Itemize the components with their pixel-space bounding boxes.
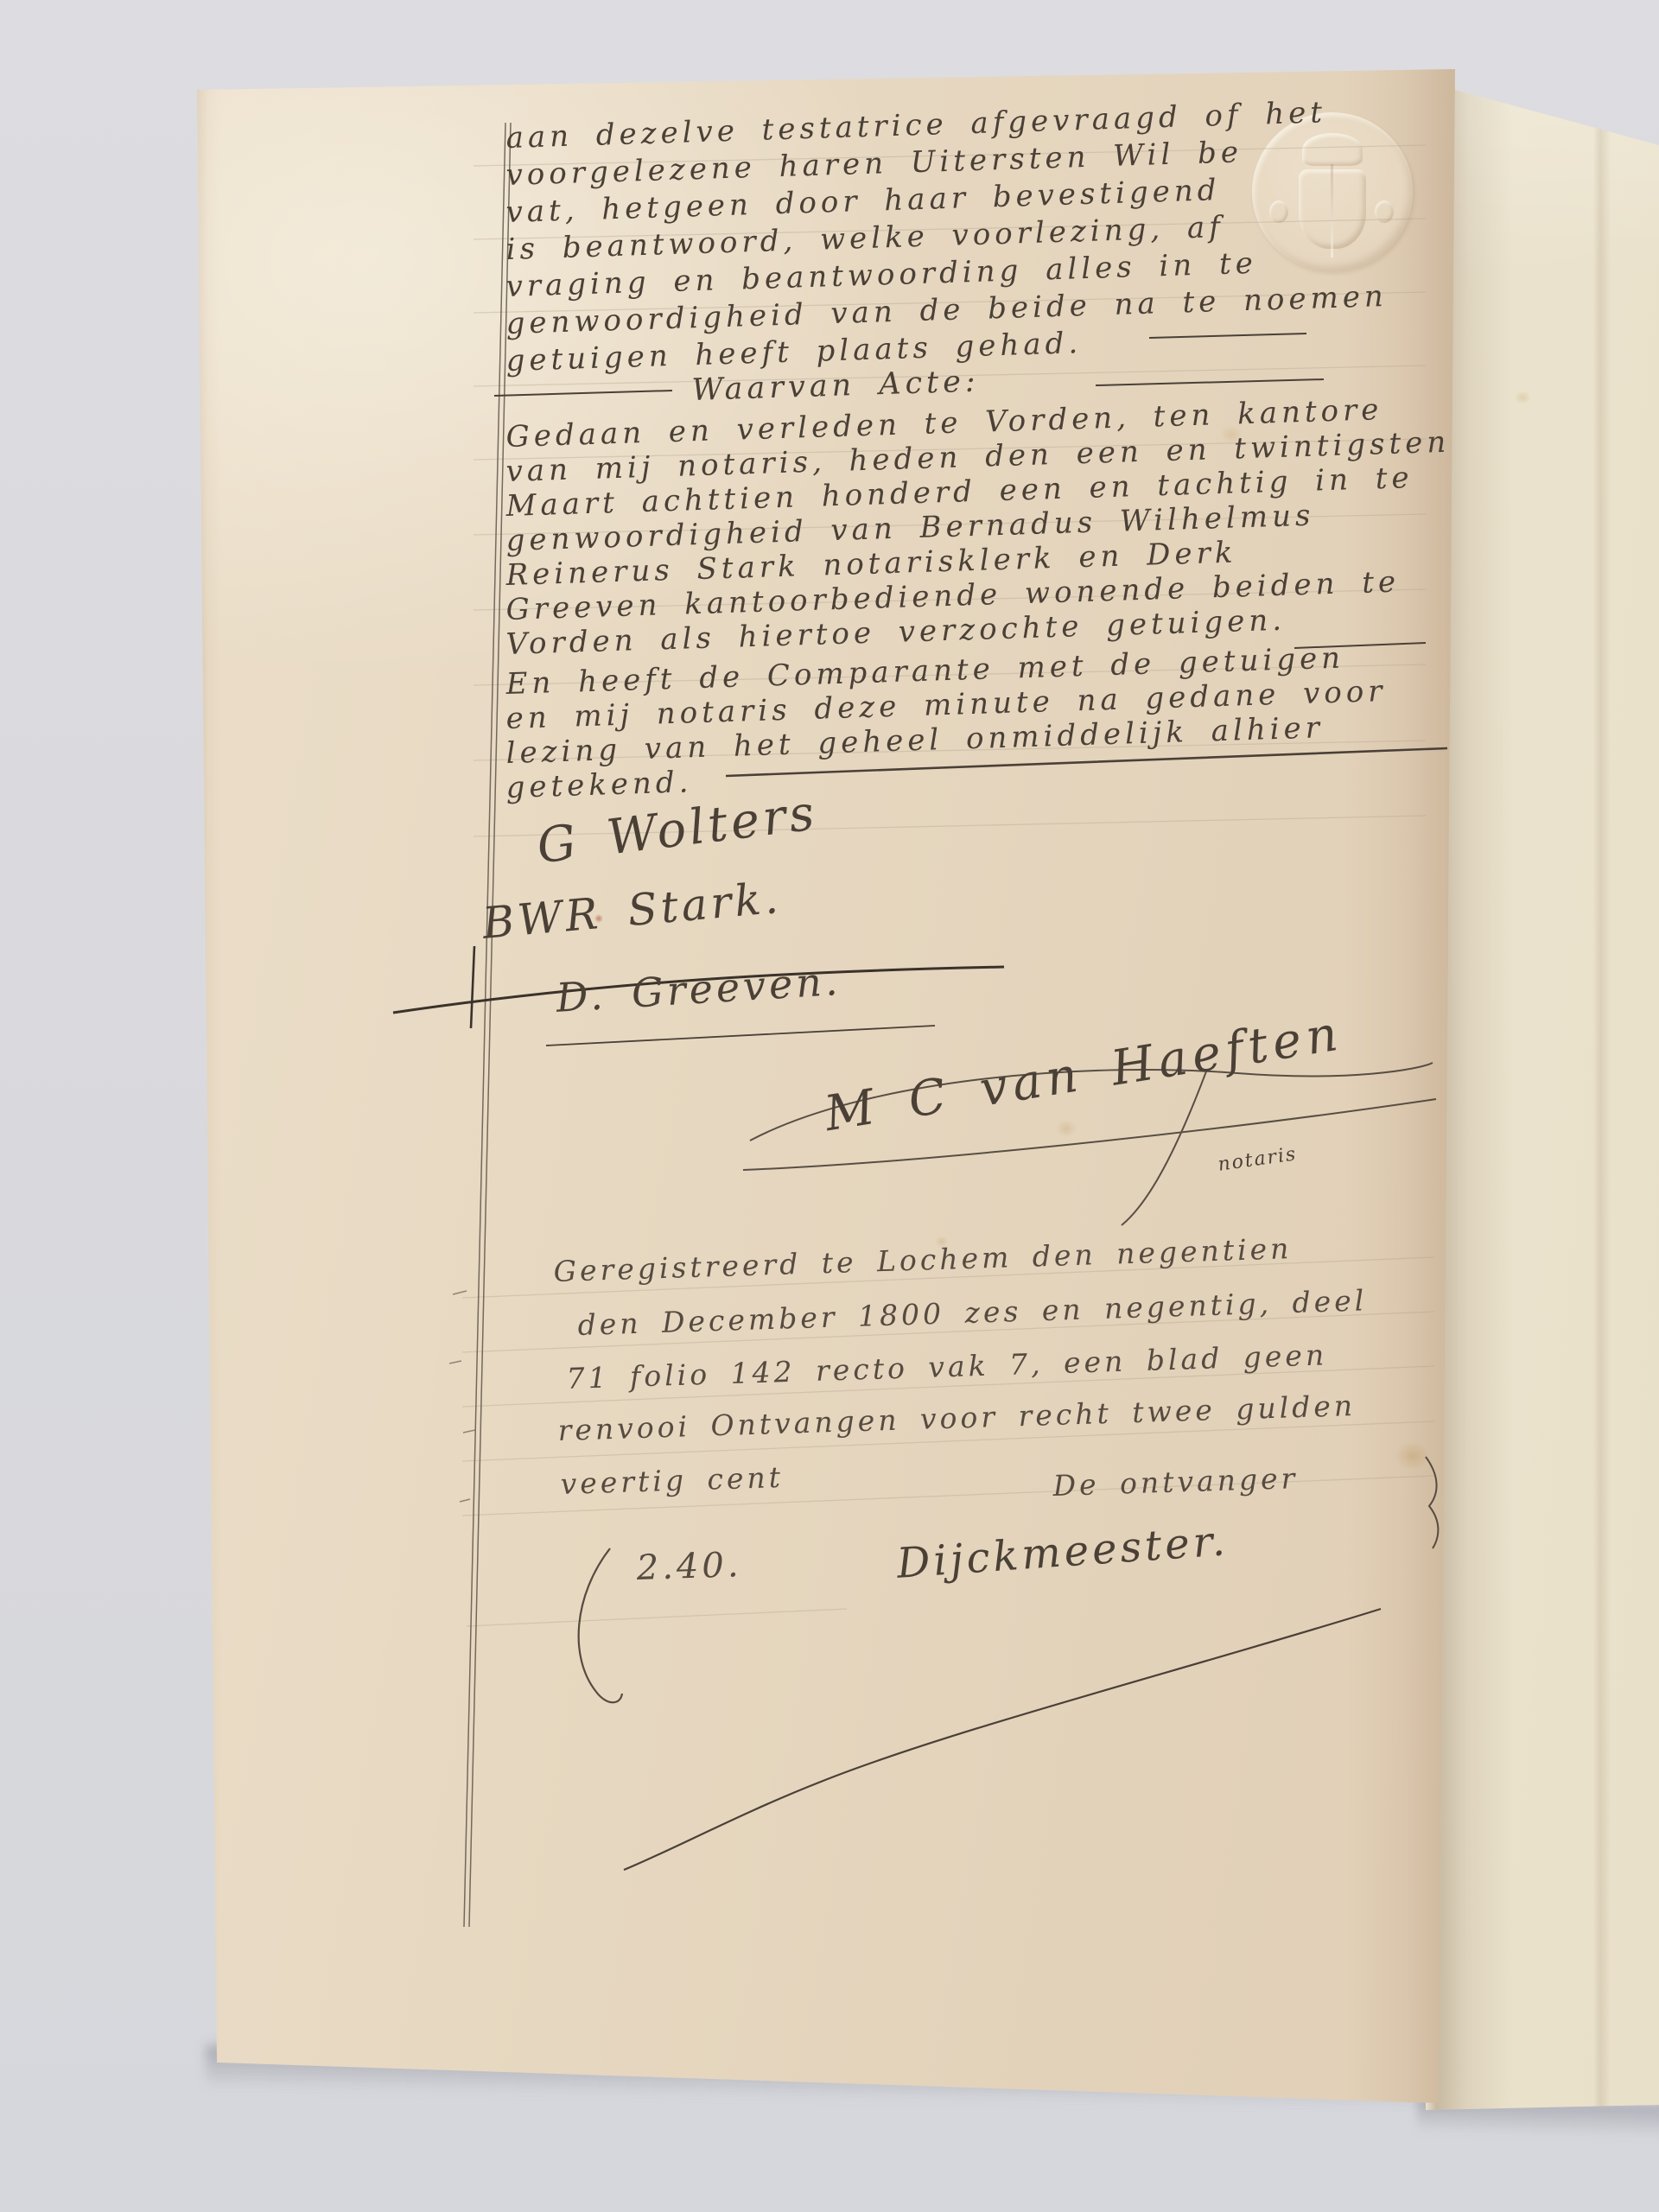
seal-crown [1302,133,1363,166]
embossed-seal [1252,112,1413,271]
stain-spot [1395,1441,1431,1471]
registration-line: veertig cent [560,1460,785,1501]
photo-of-document: aan dezelve testatrice afgevraagd of het… [0,0,1659,2212]
seal-ornament [1375,200,1394,223]
seal-divider [1331,164,1333,257]
stain-spot [1514,391,1531,404]
fee-amount: 2.40. [636,1545,742,1588]
seal-ornament [1269,200,1288,223]
manuscript-line: getekend. [505,765,693,805]
stain-spot [1056,1120,1077,1137]
